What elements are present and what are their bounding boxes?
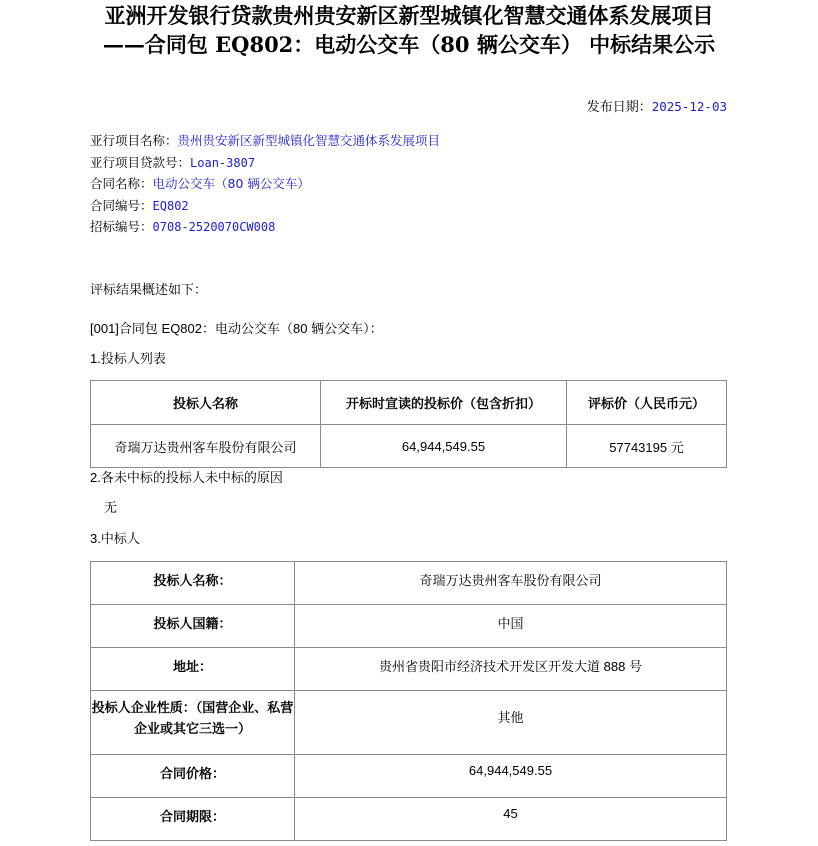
table-row: 合同价格： 64,944,549.55 — [91, 755, 727, 798]
page-title-line-1: 亚洲开发银行贷款贵州贵安新区新型城镇化智慧交通体系发展项目 — [0, 2, 818, 30]
table-row: 投标人国籍： 中国 — [91, 605, 727, 648]
meta-label: 亚行项目名称： — [90, 133, 178, 148]
row-label: 合同价格： — [91, 755, 295, 798]
meta-loan-number: 亚行项目贷款号：Loan-3807 — [90, 153, 440, 175]
meta-value: 0708-2520070CW008 — [153, 220, 276, 234]
row-label: 地址： — [91, 648, 295, 691]
row-label: 合同期限： — [91, 798, 295, 841]
row-value: 奇瑞万达贵州客车股份有限公司 — [295, 562, 727, 605]
meta-value: 电动公交车（80 辆公交车） — [153, 176, 310, 191]
row-value: 45 — [295, 798, 727, 841]
page-title-line-2: ——合同包 EQ802：电动公交车（80 辆公交车） 中标结果公示 — [0, 31, 818, 59]
meta-project-name: 亚行项目名称：贵州贵安新区新型城镇化智慧交通体系发展项目 — [90, 131, 440, 153]
row-value: 64,944,549.55 — [295, 755, 727, 798]
meta-label: 合同名称： — [90, 176, 153, 191]
bidder-list-table: 投标人名称 开标时宣读的投标价（包含折扣） 评标价（人民币元） 奇瑞万达贵州客车… — [90, 380, 727, 468]
table-row: 投标人企业性质：（国营企业、私营企业或其它三选一） 其他 — [91, 691, 727, 755]
meta-label: 亚行项目贷款号： — [90, 155, 190, 170]
meta-label: 招标编号： — [90, 219, 153, 234]
row-label: 投标人名称： — [91, 562, 295, 605]
meta-value: 贵州贵安新区新型城镇化智慧交通体系发展项目 — [178, 133, 441, 148]
table-row: 奇瑞万达贵州客车股份有限公司 64,944,549.55 57743195 元 — [91, 425, 727, 468]
column-header: 评标价（人民币元） — [567, 381, 727, 425]
meta-contract-name: 合同名称：电动公交车（80 辆公交车） — [90, 174, 440, 196]
publish-date-value: 2025-12-03 — [652, 99, 727, 114]
publish-date: 发布日期：2025-12-03 — [587, 98, 727, 117]
table-row: 地址： 贵州省贵阳市经济技术开发区开发大道 888 号 — [91, 648, 727, 691]
package-heading: [001]合同包 EQ802：电动公交车（80 辆公交车）： — [90, 320, 383, 338]
row-label: 投标人国籍： — [91, 605, 295, 648]
column-header: 开标时宣读的投标价（包含折扣） — [321, 381, 567, 425]
evaluated-price-cell: 57743195 元 — [567, 425, 727, 468]
table-row: 投标人名称： 奇瑞万达贵州客车股份有限公司 — [91, 562, 727, 605]
publish-date-label: 发布日期： — [587, 100, 652, 115]
column-header: 投标人名称 — [91, 381, 321, 425]
section-2-heading: 2.各未中标的投标人未中标的原因 — [90, 469, 283, 487]
project-meta: 亚行项目名称：贵州贵安新区新型城镇化智慧交通体系发展项目 亚行项目贷款号：Loa… — [90, 131, 440, 239]
section-1-heading: 1.投标人列表 — [90, 350, 166, 368]
table-header-row: 投标人名称 开标时宣读的投标价（包含折扣） 评标价（人民币元） — [91, 381, 727, 425]
winning-bidder-table: 投标人名称： 奇瑞万达贵州客车股份有限公司 投标人国籍： 中国 地址： 贵州省贵… — [90, 561, 727, 841]
bid-price-cell: 64,944,549.55 — [321, 425, 567, 468]
meta-value: Loan-3807 — [190, 156, 255, 170]
summary-intro: 评标结果概述如下： — [90, 281, 207, 299]
row-value: 中国 — [295, 605, 727, 648]
table-row: 合同期限： 45 — [91, 798, 727, 841]
row-label: 投标人企业性质：（国营企业、私营企业或其它三选一） — [91, 691, 295, 755]
meta-tender-number: 招标编号：0708-2520070CW008 — [90, 217, 440, 239]
section-2-content: 无 — [104, 499, 117, 517]
meta-label: 合同编号： — [90, 198, 153, 213]
section-3-heading: 3.中标人 — [90, 530, 140, 548]
meta-value: EQ802 — [153, 199, 189, 213]
meta-contract-number: 合同编号：EQ802 — [90, 196, 440, 218]
row-value: 贵州省贵阳市经济技术开发区开发大道 888 号 — [295, 648, 727, 691]
row-value: 其他 — [295, 691, 727, 755]
bidder-name-cell: 奇瑞万达贵州客车股份有限公司 — [91, 425, 321, 468]
